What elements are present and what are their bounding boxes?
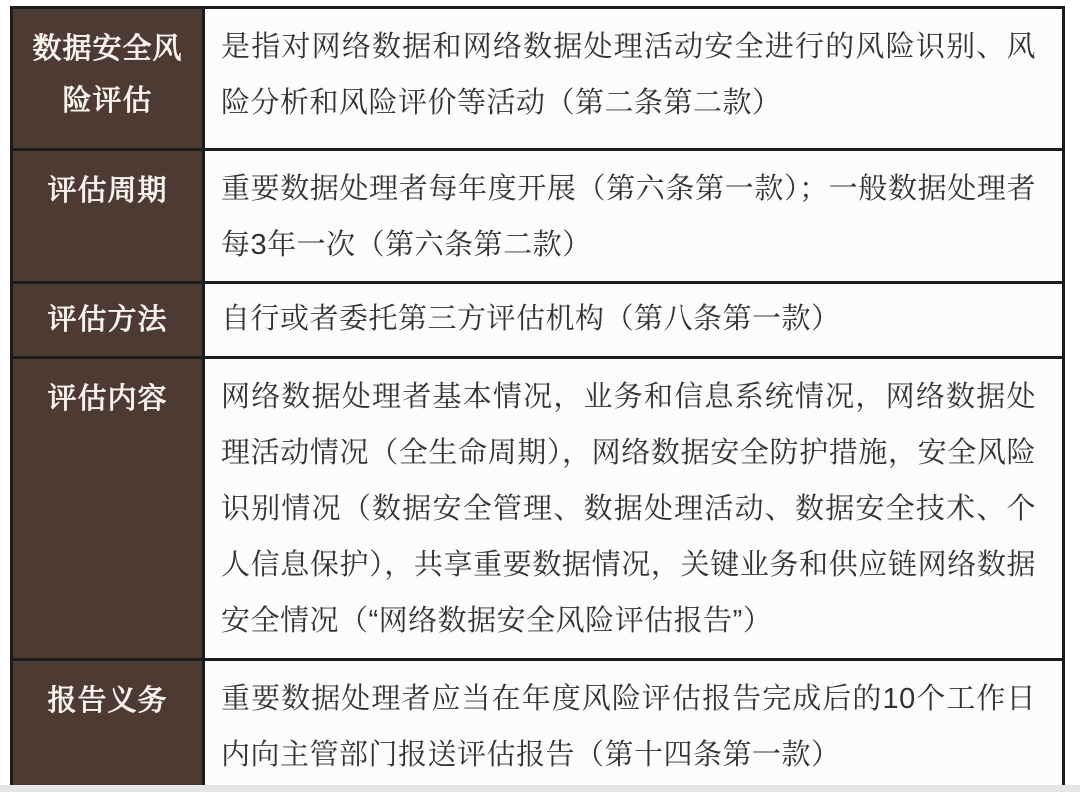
table-row: 评估周期 重要数据处理者每年度开展（第六条第一款）；一般数据处理者每3年一次（第… [12,150,1064,283]
page: 数据安全风险评估 是指对网络数据和网络数据处理活动安全进行的风险识别、风险分析和… [0,0,1080,792]
row-content: 重要数据处理者应当在年度风险评估报告完成后的10个工作日内向主管部门报送评估报告… [204,660,1064,792]
row-content: 网络数据处理者基本情况，业务和信息系统情况，网络数据处理活动情况（全生命周期），… [204,358,1064,660]
row-label: 评估内容 [12,358,204,660]
table-row: 数据安全风险评估 是指对网络数据和网络数据处理活动安全进行的风险识别、风险分析和… [12,8,1064,150]
row-content: 是指对网络数据和网络数据处理活动安全进行的风险识别、风险分析和风险评价等活动（第… [204,8,1064,150]
row-label: 评估方法 [12,283,204,358]
row-content: 自行或者委托第三方评估机构（第八条第一款） [204,283,1064,358]
row-label: 评估周期 [12,150,204,283]
table-row: 评估方法 自行或者委托第三方评估机构（第八条第一款） [12,283,1064,358]
row-content: 重要数据处理者每年度开展（第六条第一款）；一般数据处理者每3年一次（第六条第二款… [204,150,1064,283]
data-security-assessment-table: 数据安全风险评估 是指对网络数据和网络数据处理活动安全进行的风险识别、风险分析和… [10,6,1065,792]
bottom-edge-strip [0,785,1080,792]
table-row: 评估内容 网络数据处理者基本情况，业务和信息系统情况，网络数据处理活动情况（全生… [12,358,1064,660]
row-label: 报告义务 [12,660,204,792]
table-row: 报告义务 重要数据处理者应当在年度风险评估报告完成后的10个工作日内向主管部门报… [12,660,1064,792]
row-label: 数据安全风险评估 [12,8,204,150]
